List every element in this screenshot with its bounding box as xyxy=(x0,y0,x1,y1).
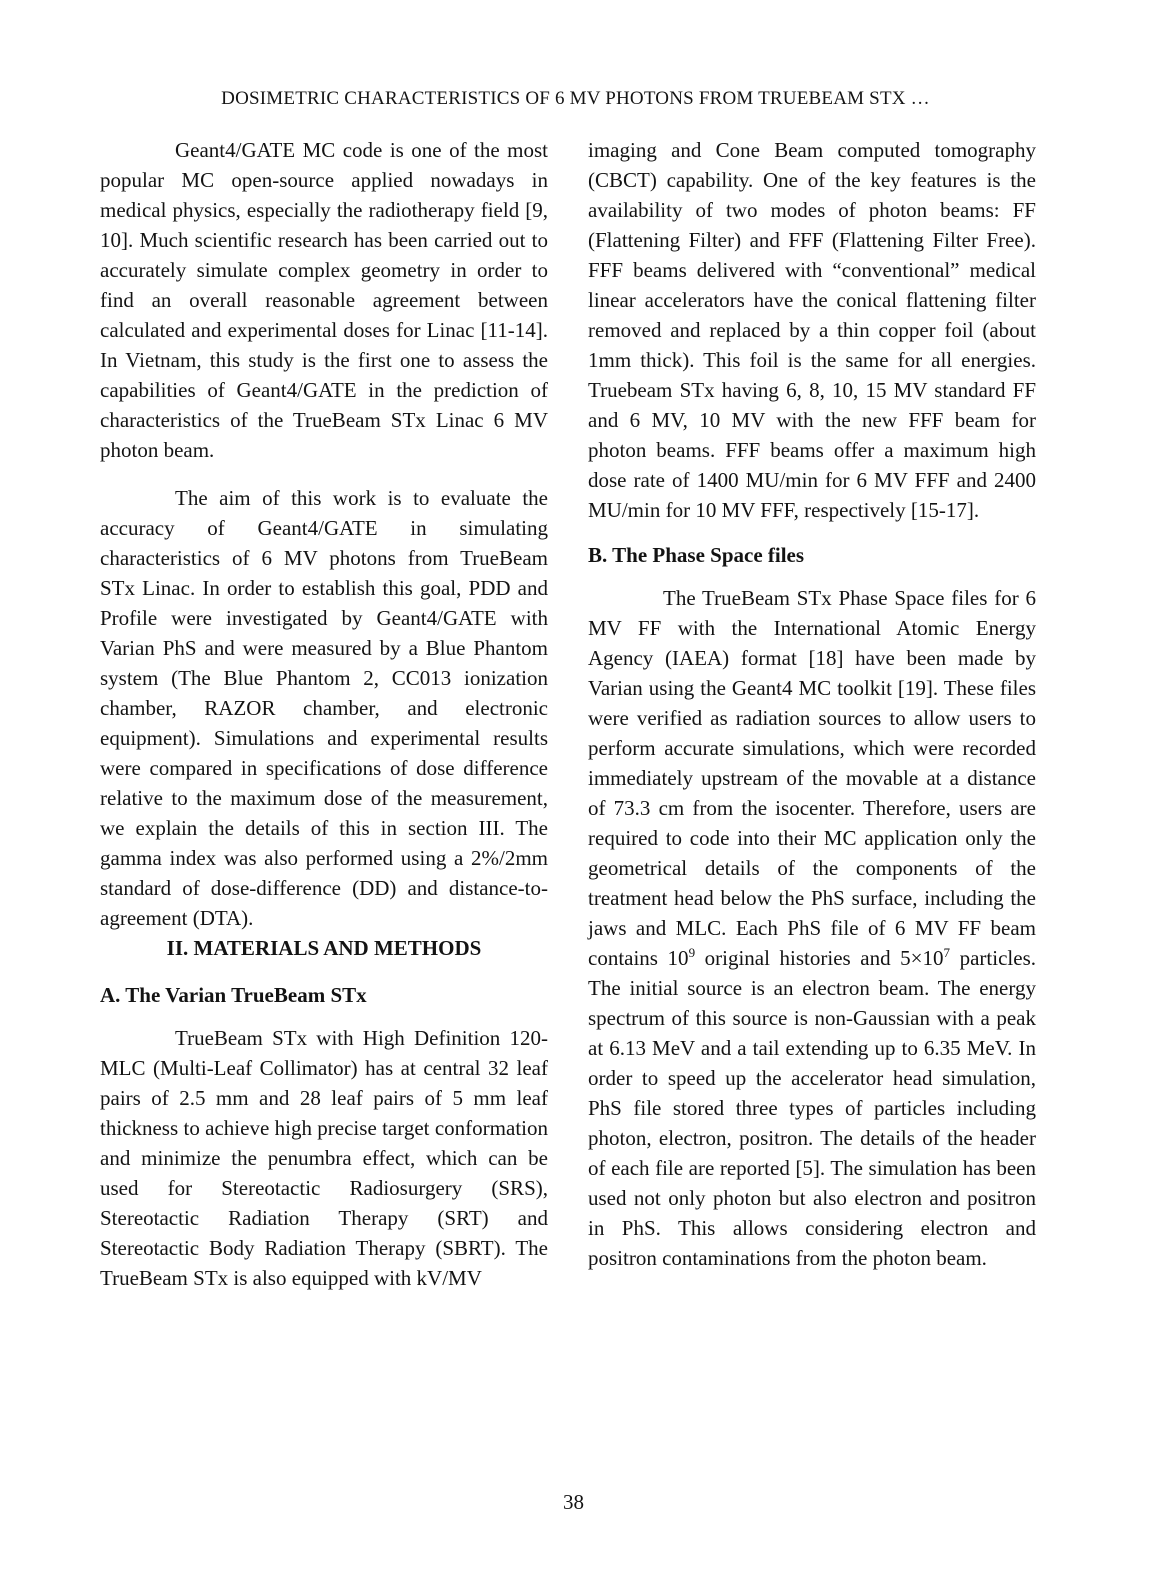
paper-page: DOSIMETRIC CHARACTERISTICS OF 6 MV PHOTO… xyxy=(0,0,1151,1594)
section-heading-materials-methods: II. MATERIALS AND METHODS xyxy=(100,933,548,963)
paragraph-phase-space-segment-3: particles. The initial source is an elec… xyxy=(588,946,1036,1270)
paragraph-phase-space: The TrueBeam STx Phase Space files for 6… xyxy=(588,583,1036,1273)
paragraph-aim: The aim of this work is to evaluate the … xyxy=(100,483,548,933)
paragraph-intro-geant4: Geant4/GATE MC code is one of the most p… xyxy=(100,135,548,465)
two-column-body: Geant4/GATE MC code is one of the most p… xyxy=(100,135,1036,1293)
paragraph-phase-space-segment-1: The TrueBeam STx Phase Space files for 6… xyxy=(588,586,1036,970)
subsection-heading-phase-space-files: B. The Phase Space files xyxy=(588,540,1036,570)
subsection-heading-varian-truebeam: A. The Varian TrueBeam STx xyxy=(100,980,548,1010)
running-header: DOSIMETRIC CHARACTERISTICS OF 6 MV PHOTO… xyxy=(0,88,1151,110)
right-column: imaging and Cone Beam computed tomograph… xyxy=(588,135,1036,1293)
page-number: 38 xyxy=(0,1490,1147,1515)
paragraph-phase-space-segment-2: original histories and 5×10 xyxy=(695,946,943,970)
paragraph-truebeam-mlc: TrueBeam STx with High Definition 120-ML… xyxy=(100,1023,548,1293)
left-column: Geant4/GATE MC code is one of the most p… xyxy=(100,135,548,1293)
paragraph-imaging-cbct: imaging and Cone Beam computed tomograph… xyxy=(588,135,1036,525)
